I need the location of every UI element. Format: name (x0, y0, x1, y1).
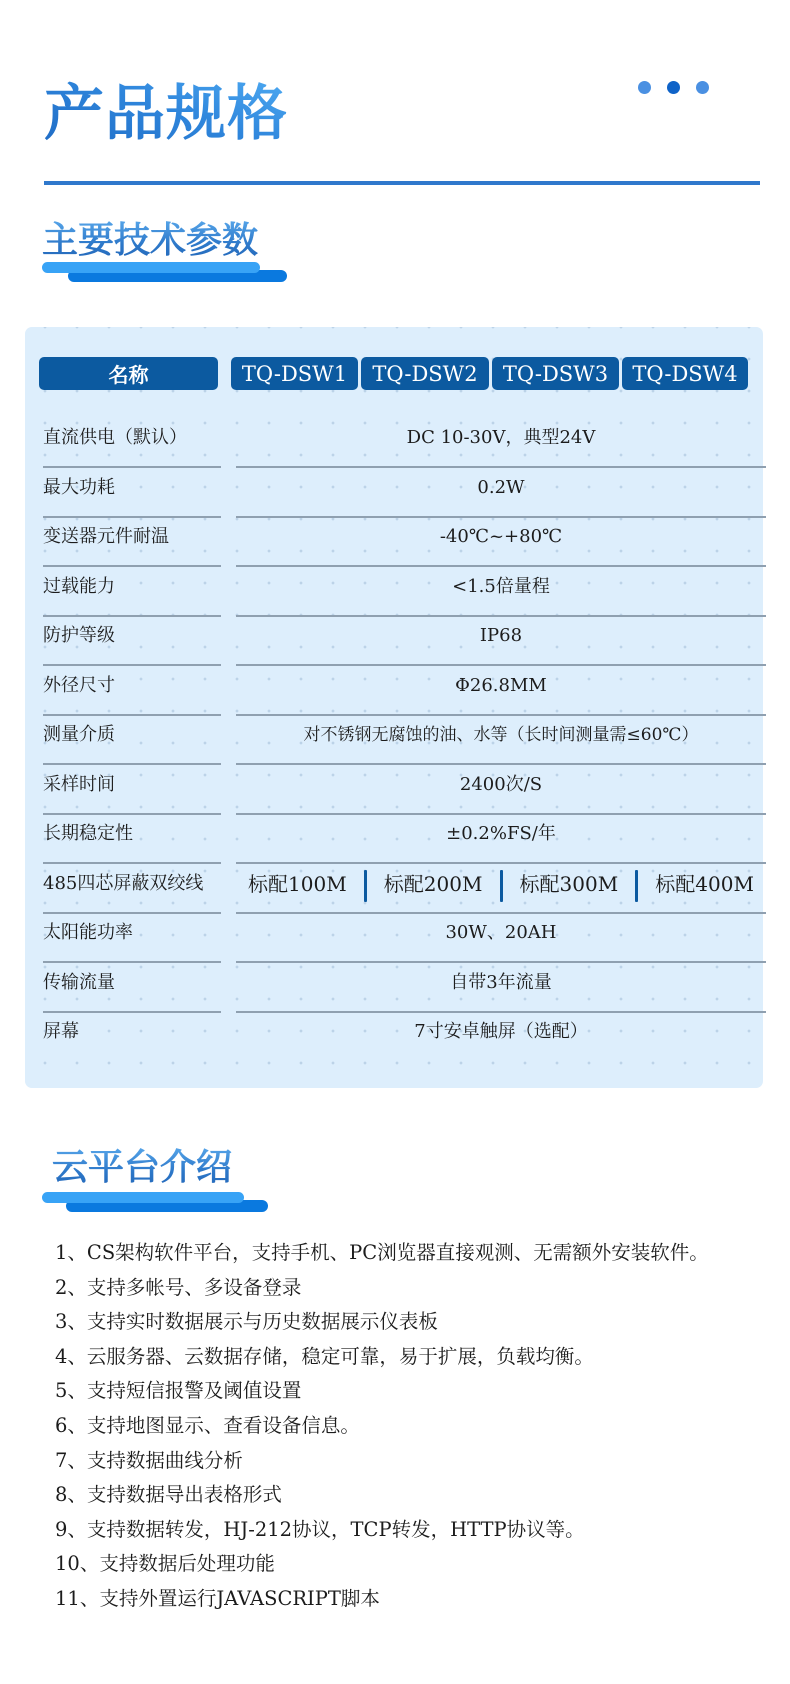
table-row: 传输流量 自带3年流量 (25, 963, 763, 1013)
row-value: 7寸安卓触屏（选配） (236, 1012, 766, 1052)
list-item: 4、云服务器、云数据存储，稳定可靠，易于扩展，负载均衡。 (55, 1340, 765, 1375)
table-row: 过载能力 <1.5倍量程 (25, 567, 763, 617)
cloud-section-title: 云平台介绍 (52, 1145, 232, 1189)
dot-icon (638, 81, 651, 94)
row-value: ±0.2%FS/年 (236, 814, 766, 854)
table-row: 太阳能功率 30W、20AH (25, 913, 763, 963)
list-item: 1、CS架构软件平台，支持手机、PC浏览器直接观测、无需额外安装软件。 (55, 1236, 765, 1271)
row-value: DC 10-30V，典型24V (236, 418, 766, 458)
row-value: 标配400M (638, 864, 771, 904)
table-header-model-2: TQ-DSW2 (361, 357, 489, 390)
table-row: 防护等级 IP68 (25, 616, 763, 666)
table-row: 最大功耗 0.2W (25, 468, 763, 518)
row-label: 防护等级 (43, 616, 115, 656)
row-label: 太阳能功率 (43, 913, 133, 953)
table-header-model-1: TQ-DSW1 (231, 357, 358, 390)
table-row: 485四芯屏蔽双绞线 标配100M 标配200M 标配300M 标配400M (25, 864, 763, 914)
row-label: 最大功耗 (43, 468, 115, 508)
table-row: 直流供电（默认） DC 10-30V，典型24V (25, 418, 763, 468)
row-label: 长期稳定性 (43, 814, 133, 854)
table-row: 外径尺寸 Φ26.8MM (25, 666, 763, 716)
table-row: 采样时间 2400次/S (25, 765, 763, 815)
row-value: 标配100M (231, 864, 364, 904)
list-item: 9、支持数据转发，HJ-212协议，TCP转发，HTTP协议等。 (55, 1513, 765, 1548)
title-divider (44, 181, 760, 185)
list-item: 2、支持多帐号、多设备登录 (55, 1271, 765, 1306)
row-split-values: 标配100M 标配200M 标配300M 标配400M (231, 864, 771, 904)
row-label: 采样时间 (43, 765, 115, 805)
table-row: 测量介质 对不锈钢无腐蚀的油、水等（长时间测量需≤60℃） (25, 715, 763, 765)
list-item: 6、支持地图显示、查看设备信息。 (55, 1409, 765, 1444)
table-row: 屏幕 7寸安卓触屏（选配） (25, 1012, 763, 1062)
table-row: 变送器元件耐温 -40℃~+80℃ (25, 517, 763, 567)
list-item: 7、支持数据曲线分析 (55, 1444, 765, 1479)
list-item: 5、支持短信报警及阈值设置 (55, 1374, 765, 1409)
row-value: IP68 (236, 616, 766, 656)
table-header-name: 名称 (39, 357, 218, 390)
table-row: 长期稳定性 ±0.2%FS/年 (25, 814, 763, 864)
row-value: -40℃~+80℃ (236, 517, 766, 557)
row-value: <1.5倍量程 (236, 567, 766, 607)
row-label: 过载能力 (43, 567, 115, 607)
row-label: 直流供电（默认） (43, 418, 187, 458)
list-item: 10、支持数据后处理功能 (55, 1547, 765, 1582)
row-value: 2400次/S (236, 765, 766, 805)
row-label: 外径尺寸 (43, 666, 115, 706)
row-label: 传输流量 (43, 963, 115, 1003)
row-value: 0.2W (236, 468, 766, 508)
table-header-model-3: TQ-DSW3 (492, 357, 619, 390)
list-item: 11、支持外置运行JAVASCRIPT脚本 (55, 1582, 765, 1617)
row-label: 测量介质 (43, 715, 115, 755)
list-item: 3、支持实时数据展示与历史数据展示仪表板 (55, 1305, 765, 1340)
title-underline-light (42, 1192, 244, 1203)
row-value: 标配200M (367, 864, 500, 904)
specs-section-title: 主要技术参数 (42, 218, 258, 262)
decorative-dots (638, 81, 709, 94)
row-value: 对不锈钢无腐蚀的油、水等（长时间测量需≤60℃） (236, 715, 766, 755)
row-value: Φ26.8MM (236, 666, 766, 706)
row-label: 变送器元件耐温 (43, 517, 169, 557)
row-value: 标配300M (503, 864, 636, 904)
page-title: 产品规格 (44, 78, 288, 150)
table-header-model-4: TQ-DSW4 (622, 357, 748, 390)
row-value: 30W、20AH (236, 913, 766, 953)
feature-list: 1、CS架构软件平台，支持手机、PC浏览器直接观测、无需额外安装软件。 2、支持… (55, 1236, 765, 1617)
dot-icon (667, 81, 680, 94)
list-item: 8、支持数据导出表格形式 (55, 1478, 765, 1513)
title-underline-light (42, 262, 260, 273)
dot-icon (696, 81, 709, 94)
row-label: 屏幕 (43, 1012, 79, 1052)
row-value: 自带3年流量 (236, 963, 766, 1003)
row-label: 485四芯屏蔽双绞线 (43, 864, 203, 904)
